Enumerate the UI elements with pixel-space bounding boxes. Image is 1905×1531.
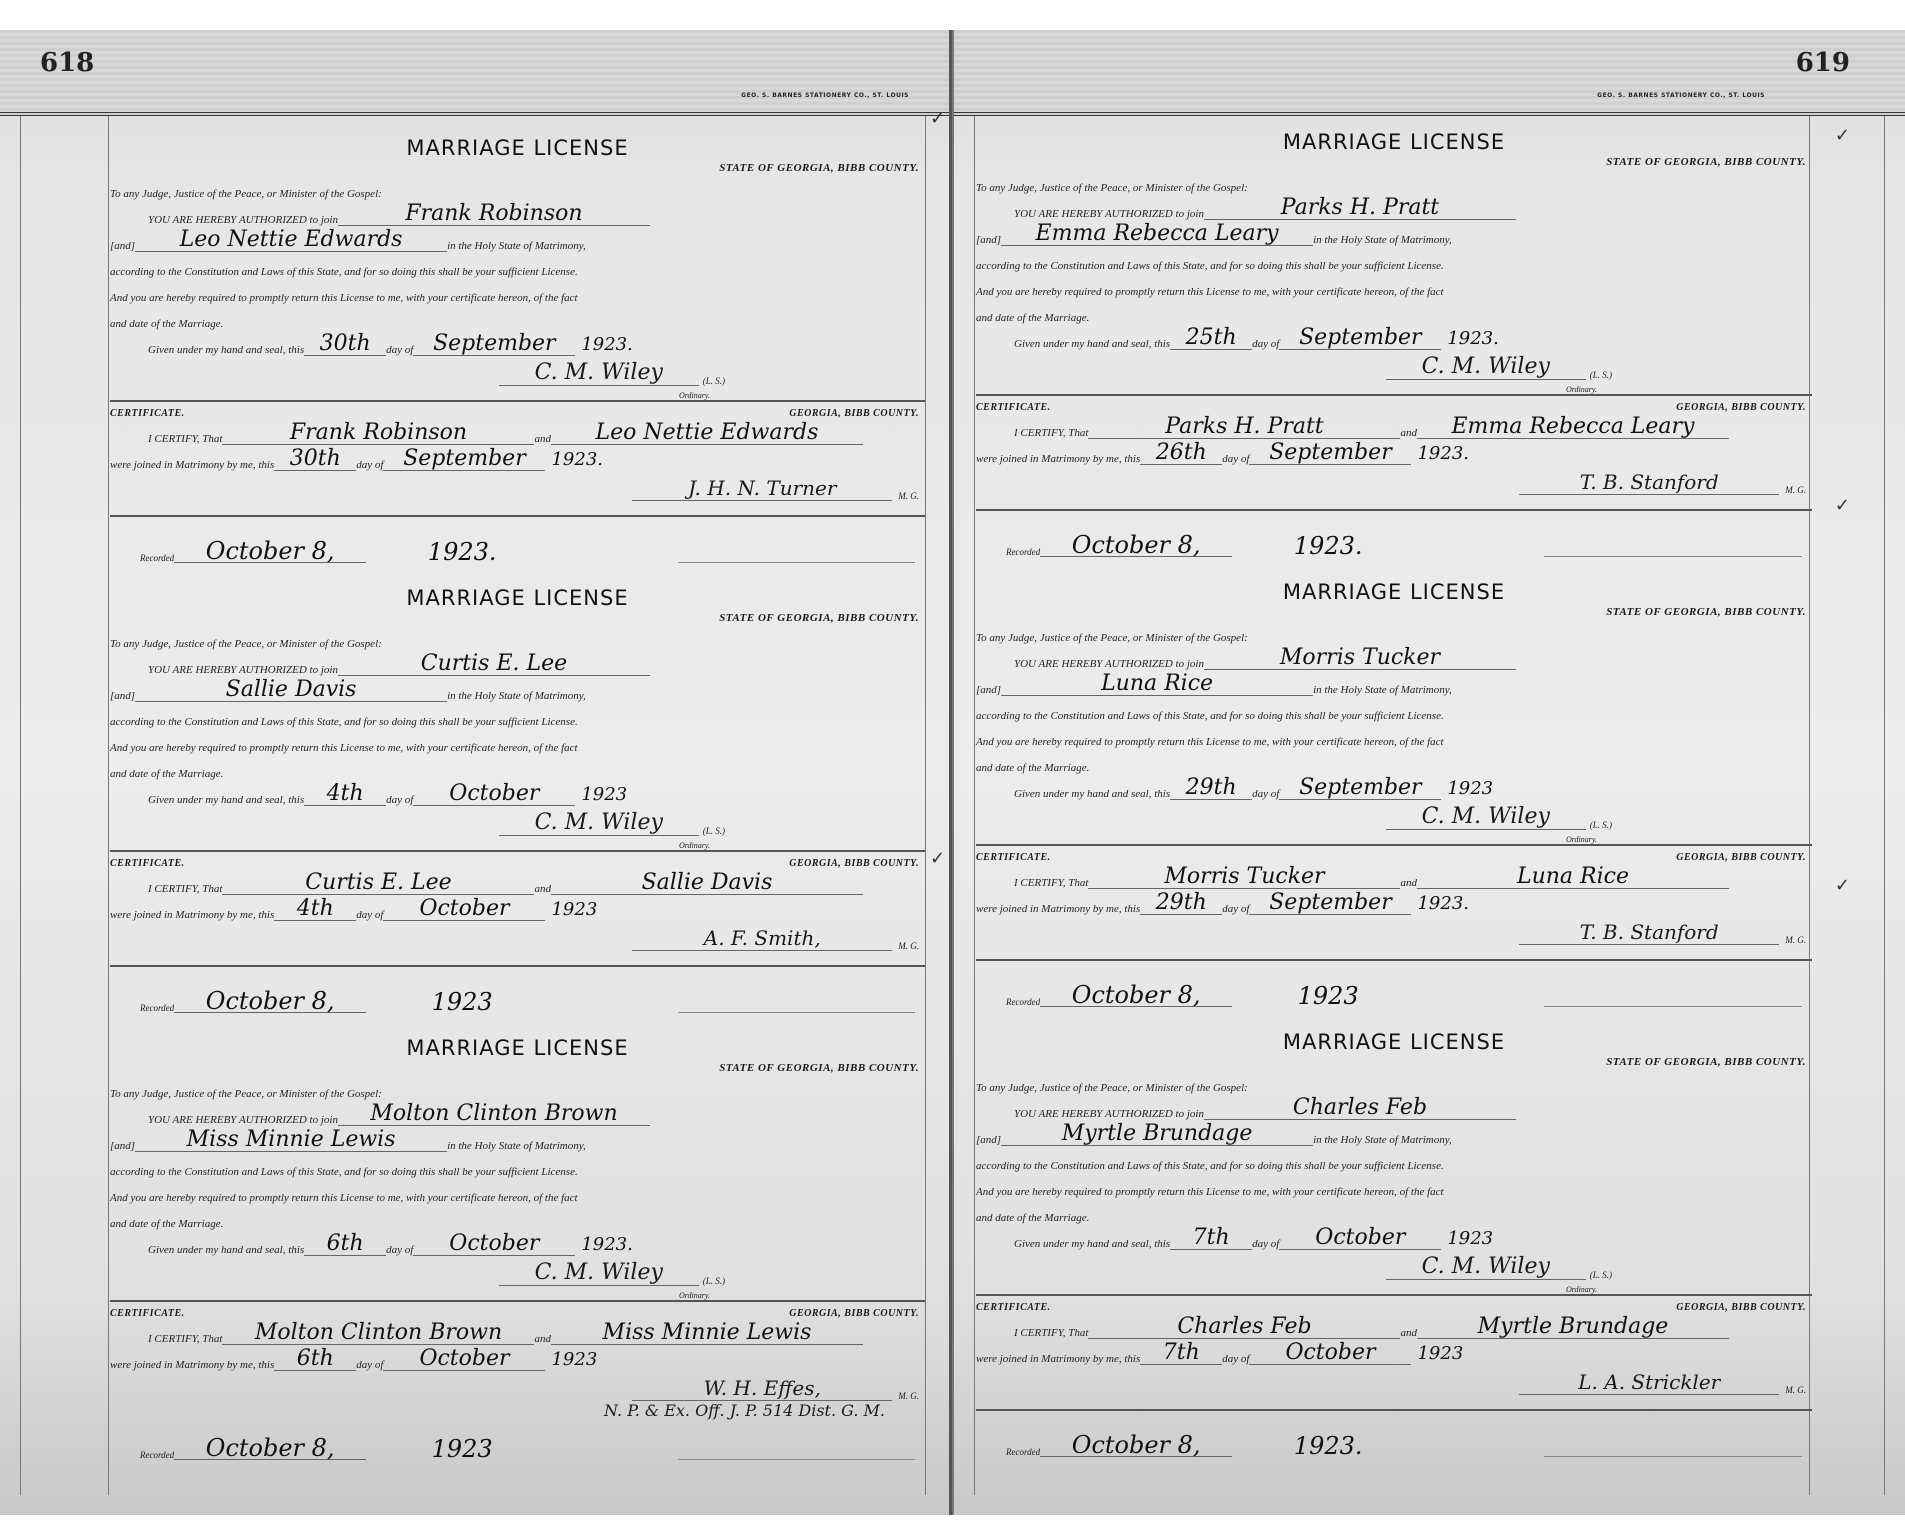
certificate-bride: Emma Rebecca Leary bbox=[1417, 416, 1729, 439]
groom-name: Molton Clinton Brown bbox=[338, 1103, 650, 1126]
joined-label: were joined in Matrimony by me, this bbox=[110, 459, 274, 471]
bride-name: Leo Nettie Edwards bbox=[135, 229, 447, 252]
certificate-month: October bbox=[383, 898, 545, 921]
clause-text: and date of the Marriage. bbox=[110, 318, 223, 330]
day-of-label: day of bbox=[386, 344, 413, 356]
certificate-label: CERTIFICATE. bbox=[976, 402, 1051, 413]
ordinary-label: Ordinary. bbox=[679, 841, 710, 850]
certificate-county: GEORGIA, BIBB COUNTY. bbox=[1676, 1302, 1806, 1313]
seal-label: (L. S.) bbox=[703, 1276, 725, 1286]
holy-state-text: in the Holy State of Matrimony, bbox=[1313, 1134, 1452, 1146]
officiant-title: M. G. bbox=[898, 941, 919, 951]
certificate-bride: Luna Rice bbox=[1417, 866, 1729, 889]
clause-text: according to the Constitution and Laws o… bbox=[110, 716, 578, 728]
certificate-day: 4th bbox=[274, 898, 356, 921]
license-year: 1923 bbox=[1441, 778, 1499, 800]
day-of-label: day of bbox=[1222, 903, 1249, 915]
salutation: To any Judge, Justice of the Peace, or M… bbox=[110, 188, 382, 200]
officiant-signature: J. H. N. Turner bbox=[632, 476, 892, 501]
and-label: and bbox=[1400, 877, 1417, 889]
license-title: MARRIAGE LICENSE bbox=[110, 136, 925, 160]
certify-label: I CERTIFY, That bbox=[1014, 1327, 1088, 1339]
officiant-title: M. G. bbox=[1785, 1385, 1806, 1395]
left-page: 618 GEO. S. BARNES STATIONERY CO., ST. L… bbox=[0, 30, 952, 1515]
recorded-year: 1923. bbox=[1232, 535, 1424, 557]
clause-text: and date of the Marriage. bbox=[110, 1218, 223, 1230]
groom-name: Parks H. Pratt bbox=[1204, 197, 1516, 220]
holy-state-text: in the Holy State of Matrimony, bbox=[1313, 234, 1452, 246]
day-of-label: day of bbox=[386, 794, 413, 806]
ordinary-signature: C. M. Wiley bbox=[499, 1260, 699, 1286]
groom-name: Charles Feb bbox=[1204, 1097, 1516, 1120]
ordinary-label: Ordinary. bbox=[1566, 385, 1597, 394]
certificate-month: October bbox=[383, 1348, 545, 1371]
certificate-county: GEORGIA, BIBB COUNTY. bbox=[1676, 402, 1806, 413]
certificate-label: CERTIFICATE. bbox=[110, 1308, 185, 1319]
license-month: October bbox=[413, 1233, 575, 1256]
and-label: [and] bbox=[976, 234, 1001, 246]
joined-label: were joined in Matrimony by me, this bbox=[110, 909, 274, 921]
printer-imprint: GEO. S. BARNES STATIONERY CO., ST. LOUIS bbox=[741, 92, 909, 99]
page-number: 619 bbox=[1796, 48, 1850, 78]
clause-text: and date of the Marriage. bbox=[110, 768, 223, 780]
license-day: 25th bbox=[1170, 327, 1252, 350]
ordinary-signature: C. M. Wiley bbox=[1386, 1254, 1586, 1280]
certificate-bride: Miss Minnie Lewis bbox=[551, 1322, 863, 1345]
and-label: [and] bbox=[110, 240, 135, 252]
state-line: STATE OF GEORGIA, BIBB COUNTY. bbox=[976, 606, 1812, 618]
certificate-groom: Frank Robinson bbox=[222, 422, 534, 445]
license-year: 1923 bbox=[1441, 1228, 1499, 1250]
authorized-label: YOU ARE HEREBY AUTHORIZED to join bbox=[148, 214, 338, 226]
ledger-book: 618 GEO. S. BARNES STATIONERY CO., ST. L… bbox=[0, 30, 1905, 1515]
certificate-label: CERTIFICATE. bbox=[976, 1302, 1051, 1313]
margin-rule bbox=[974, 116, 975, 1495]
authorized-label: YOU ARE HEREBY AUTHORIZED to join bbox=[1014, 1108, 1204, 1120]
check-mark-icon: ✓ bbox=[930, 848, 945, 869]
recorded-year: 1923 bbox=[1232, 985, 1424, 1007]
license-title: MARRIAGE LICENSE bbox=[976, 1030, 1812, 1054]
day-of-label: day of bbox=[356, 459, 383, 471]
holy-state-text: in the Holy State of Matrimony, bbox=[447, 1140, 586, 1152]
certificate-day: 30th bbox=[274, 448, 356, 471]
ordinary-signature: C. M. Wiley bbox=[499, 360, 699, 386]
day-of-label: day of bbox=[386, 1244, 413, 1256]
recorded-label: Recorded bbox=[140, 1450, 174, 1460]
clause-text: And you are hereby required to promptly … bbox=[110, 1192, 578, 1204]
certify-label: I CERTIFY, That bbox=[1014, 427, 1088, 439]
check-mark-icon: ✓ bbox=[1835, 125, 1850, 146]
and-label: [and] bbox=[110, 1140, 135, 1152]
printer-imprint: GEO. S. BARNES STATIONERY CO., ST. LOUIS bbox=[1597, 92, 1765, 99]
divider bbox=[976, 844, 1812, 846]
day-of-label: day of bbox=[356, 1359, 383, 1371]
ordinary-label: Ordinary. bbox=[1566, 835, 1597, 844]
divider bbox=[976, 1294, 1812, 1296]
clause-text: and date of the Marriage. bbox=[976, 762, 1089, 774]
certify-label: I CERTIFY, That bbox=[1014, 877, 1088, 889]
clause-text: And you are hereby required to promptly … bbox=[110, 742, 578, 754]
certificate-month: October bbox=[1249, 1342, 1411, 1365]
margin-rule bbox=[925, 116, 926, 1495]
certificate-county: GEORGIA, BIBB COUNTY. bbox=[789, 858, 919, 869]
certificate-county: GEORGIA, BIBB COUNTY. bbox=[1676, 852, 1806, 863]
recorded-year: 1923 bbox=[366, 1438, 558, 1460]
certificate-label: CERTIFICATE. bbox=[110, 408, 185, 419]
officiant-signature: A. F. Smith, bbox=[632, 926, 892, 951]
page-header: 618 GEO. S. BARNES STATIONERY CO., ST. L… bbox=[0, 30, 949, 116]
authorized-label: YOU ARE HEREBY AUTHORIZED to join bbox=[148, 1114, 338, 1126]
clause-text: according to the Constitution and Laws o… bbox=[976, 710, 1444, 722]
certificate-year: 1923. bbox=[1411, 443, 1475, 465]
and-label: and bbox=[534, 433, 551, 445]
recorded-date: October 8, bbox=[1040, 984, 1232, 1007]
ordinary-label: Ordinary. bbox=[1566, 1285, 1597, 1294]
marriage-record: MARRIAGE LICENSE STATE OF GEORGIA, BIBB … bbox=[110, 120, 925, 563]
ordinary-signature: C. M. Wiley bbox=[1386, 804, 1586, 830]
joined-label: were joined in Matrimony by me, this bbox=[110, 1359, 274, 1371]
officiant-signature: W. H. Effes, bbox=[632, 1376, 892, 1401]
day-of-label: day of bbox=[1222, 453, 1249, 465]
given-label: Given under my hand and seal, this bbox=[148, 794, 304, 806]
license-month: September bbox=[413, 333, 575, 356]
day-of-label: day of bbox=[356, 909, 383, 921]
officiant-signature: L. A. Strickler bbox=[1519, 1370, 1779, 1395]
and-label: and bbox=[1400, 1327, 1417, 1339]
state-line: STATE OF GEORGIA, BIBB COUNTY. bbox=[110, 1062, 925, 1074]
recorded-label: Recorded bbox=[140, 1003, 174, 1013]
certificate-groom: Curtis E. Lee bbox=[222, 872, 534, 895]
salutation: To any Judge, Justice of the Peace, or M… bbox=[976, 1082, 1248, 1094]
recorded-label: Recorded bbox=[140, 553, 174, 563]
recorded-label: Recorded bbox=[1006, 1447, 1040, 1457]
license-day: 6th bbox=[304, 1233, 386, 1256]
ordinary-label: Ordinary. bbox=[679, 1291, 710, 1300]
ordinary-signature: C. M. Wiley bbox=[1386, 354, 1586, 380]
certificate-bride: Leo Nettie Edwards bbox=[551, 422, 863, 445]
officiant-credentials: N. P. & Ex. Off. J. P. 514 Dist. G. M. bbox=[110, 1401, 925, 1420]
seal-label: (L. S.) bbox=[703, 826, 725, 836]
officiant-signature: T. B. Stanford bbox=[1519, 920, 1779, 945]
certificate-bride: Myrtle Brundage bbox=[1417, 1316, 1729, 1339]
day-of-label: day of bbox=[1252, 1238, 1279, 1250]
groom-name: Frank Robinson bbox=[338, 203, 650, 226]
bride-name: Miss Minnie Lewis bbox=[135, 1129, 447, 1152]
clause-text: according to the Constitution and Laws o… bbox=[976, 260, 1444, 272]
certificate-year: 1923 bbox=[545, 899, 603, 921]
certificate-bride: Sallie Davis bbox=[551, 872, 863, 895]
certificate-groom: Molton Clinton Brown bbox=[222, 1322, 534, 1345]
license-title: MARRIAGE LICENSE bbox=[976, 580, 1812, 604]
clause-text: according to the Constitution and Laws o… bbox=[110, 1166, 578, 1178]
given-label: Given under my hand and seal, this bbox=[148, 344, 304, 356]
certificate-day: 6th bbox=[274, 1348, 356, 1371]
bride-name: Sallie Davis bbox=[135, 679, 447, 702]
officiant-title: M. G. bbox=[1785, 485, 1806, 495]
and-label: and bbox=[534, 1333, 551, 1345]
divider bbox=[110, 515, 925, 517]
seal-label: (L. S.) bbox=[1590, 370, 1612, 380]
certificate-month: September bbox=[383, 448, 545, 471]
certificate-county: GEORGIA, BIBB COUNTY. bbox=[789, 408, 919, 419]
margin-rule bbox=[108, 116, 109, 1495]
divider bbox=[976, 509, 1812, 511]
marriage-record: MARRIAGE LICENSE STATE OF GEORGIA, BIBB … bbox=[976, 564, 1812, 1007]
groom-name: Morris Tucker bbox=[1204, 647, 1516, 670]
recorded-date: October 8, bbox=[174, 540, 366, 563]
given-label: Given under my hand and seal, this bbox=[1014, 788, 1170, 800]
certify-label: I CERTIFY, That bbox=[148, 883, 222, 895]
joined-label: were joined in Matrimony by me, this bbox=[976, 903, 1140, 915]
recorded-year: 1923. bbox=[1232, 1435, 1424, 1457]
officiant-title: M. G. bbox=[1785, 935, 1806, 945]
and-label: [and] bbox=[976, 1134, 1001, 1146]
clause-text: And you are hereby required to promptly … bbox=[976, 286, 1444, 298]
certificate-day: 7th bbox=[1140, 1342, 1222, 1365]
clause-text: and date of the Marriage. bbox=[976, 312, 1089, 324]
seal-label: (L. S.) bbox=[703, 376, 725, 386]
recorded-label: Recorded bbox=[1006, 997, 1040, 1007]
license-month: September bbox=[1279, 777, 1441, 800]
authorized-label: YOU ARE HEREBY AUTHORIZED to join bbox=[1014, 658, 1204, 670]
marriage-record: MARRIAGE LICENSE STATE OF GEORGIA, BIBB … bbox=[976, 114, 1812, 557]
bride-name: Luna Rice bbox=[1001, 673, 1313, 696]
certificate-year: 1923 bbox=[545, 1349, 603, 1371]
license-day: 30th bbox=[304, 333, 386, 356]
officiant-title: M. G. bbox=[898, 491, 919, 501]
license-month: October bbox=[413, 783, 575, 806]
recorded-year: 1923. bbox=[366, 541, 558, 563]
certificate-year: 1923 bbox=[1411, 1343, 1469, 1365]
license-month: September bbox=[1279, 327, 1441, 350]
state-line: STATE OF GEORGIA, BIBB COUNTY. bbox=[976, 156, 1812, 168]
license-year: 1923. bbox=[575, 334, 639, 356]
marriage-record: MARRIAGE LICENSE STATE OF GEORGIA, BIBB … bbox=[110, 570, 925, 1013]
license-day: 29th bbox=[1170, 777, 1252, 800]
certificate-label: CERTIFICATE. bbox=[110, 858, 185, 869]
salutation: To any Judge, Justice of the Peace, or M… bbox=[976, 632, 1248, 644]
and-label: [and] bbox=[110, 690, 135, 702]
certify-label: I CERTIFY, That bbox=[148, 433, 222, 445]
clause-text: And you are hereby required to promptly … bbox=[976, 1186, 1444, 1198]
and-label: [and] bbox=[976, 684, 1001, 696]
authorized-label: YOU ARE HEREBY AUTHORIZED to join bbox=[1014, 208, 1204, 220]
state-line: STATE OF GEORGIA, BIBB COUNTY. bbox=[110, 612, 925, 624]
recorded-date: October 8, bbox=[174, 1437, 366, 1460]
day-of-label: day of bbox=[1252, 788, 1279, 800]
license-day: 7th bbox=[1170, 1227, 1252, 1250]
ordinary-signature: C. M. Wiley bbox=[499, 810, 699, 836]
certificate-month: September bbox=[1249, 892, 1411, 915]
check-mark-icon: ✓ bbox=[930, 108, 945, 129]
holy-state-text: in the Holy State of Matrimony, bbox=[447, 690, 586, 702]
check-mark-icon: ✓ bbox=[1835, 495, 1850, 516]
check-mark-icon: ✓ bbox=[1835, 875, 1850, 896]
recorded-label: Recorded bbox=[1006, 547, 1040, 557]
ordinary-label: Ordinary. bbox=[679, 391, 710, 400]
certificate-day: 26th bbox=[1140, 442, 1222, 465]
license-day: 4th bbox=[304, 783, 386, 806]
certificate-county: GEORGIA, BIBB COUNTY. bbox=[789, 1308, 919, 1319]
marriage-record: MARRIAGE LICENSE STATE OF GEORGIA, BIBB … bbox=[976, 1014, 1812, 1457]
salutation: To any Judge, Justice of the Peace, or M… bbox=[110, 1088, 382, 1100]
divider bbox=[976, 959, 1812, 961]
divider bbox=[976, 394, 1812, 396]
recorded-date: October 8, bbox=[174, 990, 366, 1013]
clause-text: and date of the Marriage. bbox=[976, 1212, 1089, 1224]
and-label: and bbox=[1400, 427, 1417, 439]
page-number: 618 bbox=[40, 48, 94, 78]
recorded-year: 1923 bbox=[366, 991, 558, 1013]
margin-rule bbox=[1884, 116, 1885, 1495]
bride-name: Emma Rebecca Leary bbox=[1001, 223, 1313, 246]
license-title: MARRIAGE LICENSE bbox=[110, 1036, 925, 1060]
bride-name: Myrtle Brundage bbox=[1001, 1123, 1313, 1146]
day-of-label: day of bbox=[1252, 338, 1279, 350]
officiant-signature: T. B. Stanford bbox=[1519, 470, 1779, 495]
certificate-label: CERTIFICATE. bbox=[976, 852, 1051, 863]
divider bbox=[110, 1300, 925, 1302]
authorized-label: YOU ARE HEREBY AUTHORIZED to join bbox=[148, 664, 338, 676]
divider bbox=[110, 850, 925, 852]
joined-label: were joined in Matrimony by me, this bbox=[976, 1353, 1140, 1365]
groom-name: Curtis E. Lee bbox=[338, 653, 650, 676]
margin-rule bbox=[20, 116, 21, 1495]
given-label: Given under my hand and seal, this bbox=[1014, 1238, 1170, 1250]
day-of-label: day of bbox=[1222, 1353, 1249, 1365]
license-year: 1923 bbox=[575, 784, 633, 806]
salutation: To any Judge, Justice of the Peace, or M… bbox=[110, 638, 382, 650]
given-label: Given under my hand and seal, this bbox=[1014, 338, 1170, 350]
state-line: STATE OF GEORGIA, BIBB COUNTY. bbox=[976, 1056, 1812, 1068]
license-month: October bbox=[1279, 1227, 1441, 1250]
recorded-date: October 8, bbox=[1040, 534, 1232, 557]
marriage-record: MARRIAGE LICENSE STATE OF GEORGIA, BIBB … bbox=[110, 1020, 925, 1460]
joined-label: were joined in Matrimony by me, this bbox=[976, 453, 1140, 465]
given-label: Given under my hand and seal, this bbox=[148, 1244, 304, 1256]
and-label: and bbox=[534, 883, 551, 895]
license-title: MARRIAGE LICENSE bbox=[976, 130, 1812, 154]
state-line: STATE OF GEORGIA, BIBB COUNTY. bbox=[110, 162, 925, 174]
license-year: 1923. bbox=[1441, 328, 1505, 350]
certificate-groom: Charles Feb bbox=[1088, 1316, 1400, 1339]
clause-text: according to the Constitution and Laws o… bbox=[110, 266, 578, 278]
clause-text: And you are hereby required to promptly … bbox=[976, 736, 1444, 748]
holy-state-text: in the Holy State of Matrimony, bbox=[447, 240, 586, 252]
certificate-year: 1923. bbox=[545, 449, 609, 471]
page-header: GEO. S. BARNES STATIONERY CO., ST. LOUIS… bbox=[954, 30, 1905, 116]
certificate-groom: Morris Tucker bbox=[1088, 866, 1400, 889]
recorded-date: October 8, bbox=[1040, 1434, 1232, 1457]
certificate-month: September bbox=[1249, 442, 1411, 465]
certificate-day: 29th bbox=[1140, 892, 1222, 915]
license-year: 1923. bbox=[575, 1234, 639, 1256]
clause-text: And you are hereby required to promptly … bbox=[110, 292, 578, 304]
certificate-year: 1923. bbox=[1411, 893, 1475, 915]
divider bbox=[976, 1409, 1812, 1411]
certify-label: I CERTIFY, That bbox=[148, 1333, 222, 1345]
license-title: MARRIAGE LICENSE bbox=[110, 586, 925, 610]
divider bbox=[110, 965, 925, 967]
officiant-title: M. G. bbox=[898, 1391, 919, 1401]
right-page: GEO. S. BARNES STATIONERY CO., ST. LOUIS… bbox=[952, 30, 1905, 1515]
holy-state-text: in the Holy State of Matrimony, bbox=[1313, 684, 1452, 696]
seal-label: (L. S.) bbox=[1590, 820, 1612, 830]
salutation: To any Judge, Justice of the Peace, or M… bbox=[976, 182, 1248, 194]
certificate-groom: Parks H. Pratt bbox=[1088, 416, 1400, 439]
divider bbox=[110, 400, 925, 402]
clause-text: according to the Constitution and Laws o… bbox=[976, 1160, 1444, 1172]
seal-label: (L. S.) bbox=[1590, 1270, 1612, 1280]
